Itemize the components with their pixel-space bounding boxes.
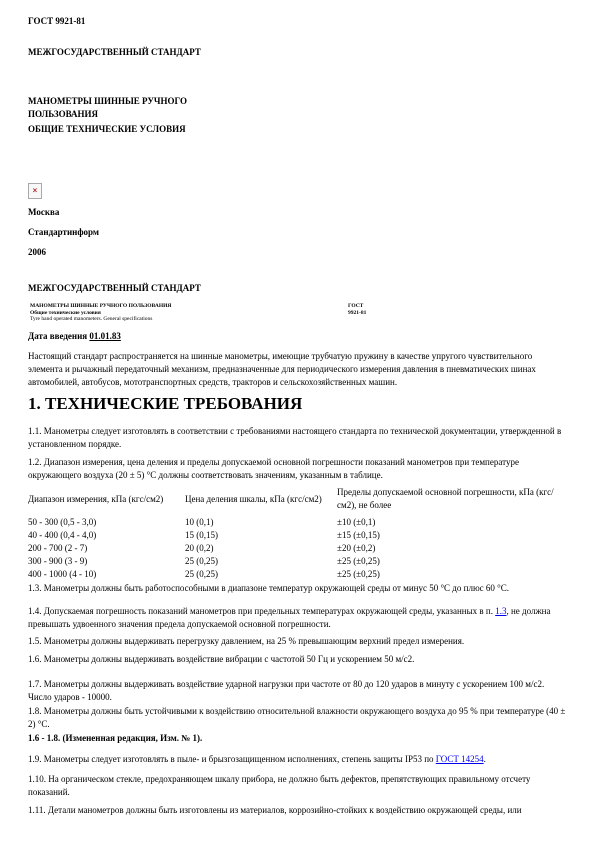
paragraph-1-5: 1.5. Манометры должны выдерживать перегр… <box>28 635 567 648</box>
title-block-en-title: Tyre hand operated manometers. General s… <box>30 316 348 323</box>
date-value-link[interactable]: 01.01.83 <box>89 331 121 341</box>
cell-error: ±15 (±0,15) <box>337 529 567 542</box>
cell-range: 300 - 900 (3 - 9) <box>28 555 185 568</box>
paragraph-1-9: 1.9. Манометры следует изготовлять в пыл… <box>28 753 567 766</box>
paragraph-1-2: 1.2. Диапазон измерения, цена деления и … <box>28 456 567 482</box>
table-header-division: Цена деления шкалы, кПа (кгс/см2) <box>185 493 337 506</box>
cell-range: 200 - 700 (2 - 7) <box>28 542 185 555</box>
link-clause-1-3[interactable]: 1.3 <box>495 606 506 616</box>
gost-number: 9921-81 <box>348 310 408 317</box>
paragraph-1-8: 1.8. Манометры должны быть устойчивыми к… <box>28 705 567 731</box>
publisher-name: Стандартинформ <box>28 226 567 239</box>
cell-error: ±20 (±0,2) <box>337 542 567 555</box>
paragraph-1-9-text-after: . <box>484 754 486 764</box>
paragraph-1-6: 1.6. Манометры должны выдерживать воздей… <box>28 653 567 666</box>
title-block-gost-ref: ГОСТ 9921-81 <box>348 303 408 323</box>
broken-image-x-glyph: × <box>33 187 38 195</box>
cell-range: 50 - 300 (0,5 - 3,0) <box>28 516 185 529</box>
table-row: 50 - 300 (0,5 - 3,0) 10 (0,1) ±10 (±0,1) <box>28 516 567 529</box>
publisher-city: Москва <box>28 206 567 219</box>
spec-table: Диапазон измерения, кПа (кгс/см2) Цена д… <box>28 486 567 581</box>
cell-division: 10 (0,1) <box>185 516 337 529</box>
publish-year: 2006 <box>28 246 567 259</box>
document-page: ГОСТ 9921-81 МЕЖГОСУДАРСТВЕННЫЙ СТАНДАРТ… <box>0 0 595 842</box>
standard-type-heading-2: МЕЖГОСУДАРСТВЕННЫЙ СТАНДАРТ <box>28 282 567 295</box>
cell-range: 400 - 1000 (4 - 10) <box>28 568 185 581</box>
paragraph-1-9-text: 1.9. Манометры следует изготовлять в пыл… <box>28 754 436 764</box>
table-header-row: Диапазон измерения, кПа (кгс/см2) Цена д… <box>28 486 567 512</box>
table-header-range: Диапазон измерения, кПа (кгс/см2) <box>28 493 185 506</box>
section-1-heading: 1. ТЕХНИЧЕСКИЕ ТРЕБОВАНИЯ <box>28 394 567 414</box>
paragraph-1-11: 1.11. Детали манометров должны быть изго… <box>28 804 567 817</box>
paragraph-1-3: 1.3. Манометры должны быть работоспособн… <box>28 582 567 595</box>
table-row: 400 - 1000 (4 - 10) 25 (0,25) ±25 (±0,25… <box>28 568 567 581</box>
cell-division: 20 (0,2) <box>185 542 337 555</box>
cell-error: ±10 (±0,1) <box>337 516 567 529</box>
cell-range: 40 - 400 (0,4 - 4,0) <box>28 529 185 542</box>
cell-division: 25 (0,25) <box>185 555 337 568</box>
subtitle: ОБЩИЕ ТЕХНИЧЕСКИЕ УСЛОВИЯ <box>28 123 567 136</box>
table-row: 40 - 400 (0,4 - 4,0) 15 (0,15) ±15 (±0,1… <box>28 529 567 542</box>
table-header-error: Пределы допускаемой основной погрешности… <box>337 486 567 512</box>
paragraph-1-4-text: 1.4. Допускаемая погрешность показаний м… <box>28 606 495 616</box>
cell-error: ±25 (±0,25) <box>337 555 567 568</box>
title-block-left: МАНОМЕТРЫ ШИННЫЕ РУЧНОГО ПОЛЬЗОВАНИЯ Общ… <box>30 303 348 323</box>
cell-division: 15 (0,15) <box>185 529 337 542</box>
paragraph-1-10: 1.10. На органическом стекле, предохраня… <box>28 773 567 799</box>
intro-paragraph: Настоящий стандарт распространяется на ш… <box>28 350 567 389</box>
cell-error: ±25 (±0,25) <box>337 568 567 581</box>
paragraph-1-4: 1.4. Допускаемая погрешность показаний м… <box>28 605 567 631</box>
paragraph-1-1: 1.1. Манометры следует изготовлять в соо… <box>28 425 567 451</box>
paragraph-1-7: 1.7. Манометры должны выдерживать воздей… <box>28 678 567 704</box>
date-label: Дата введения <box>28 331 89 341</box>
amendment-note: 1.6 - 1.8. (Измененная редакция, Изм. № … <box>28 732 567 745</box>
main-title: МАНОМЕТРЫ ШИННЫЕ РУЧНОГО ПОЛЬЗОВАНИЯ <box>28 95 203 121</box>
title-block: МАНОМЕТРЫ ШИННЫЕ РУЧНОГО ПОЛЬЗОВАНИЯ Общ… <box>30 303 567 323</box>
standard-type-heading: МЕЖГОСУДАРСТВЕННЫЙ СТАНДАРТ <box>28 46 567 59</box>
doc-number-top: ГОСТ 9921-81 <box>28 15 567 28</box>
date-line: Дата введения 01.01.83 <box>28 330 567 343</box>
table-row: 200 - 700 (2 - 7) 20 (0,2) ±20 (±0,2) <box>28 542 567 555</box>
link-gost-14254[interactable]: ГОСТ 14254 <box>436 754 484 764</box>
cell-division: 25 (0,25) <box>185 568 337 581</box>
broken-image-icon: × <box>28 183 42 199</box>
table-row: 300 - 900 (3 - 9) 25 (0,25) ±25 (±0,25) <box>28 555 567 568</box>
